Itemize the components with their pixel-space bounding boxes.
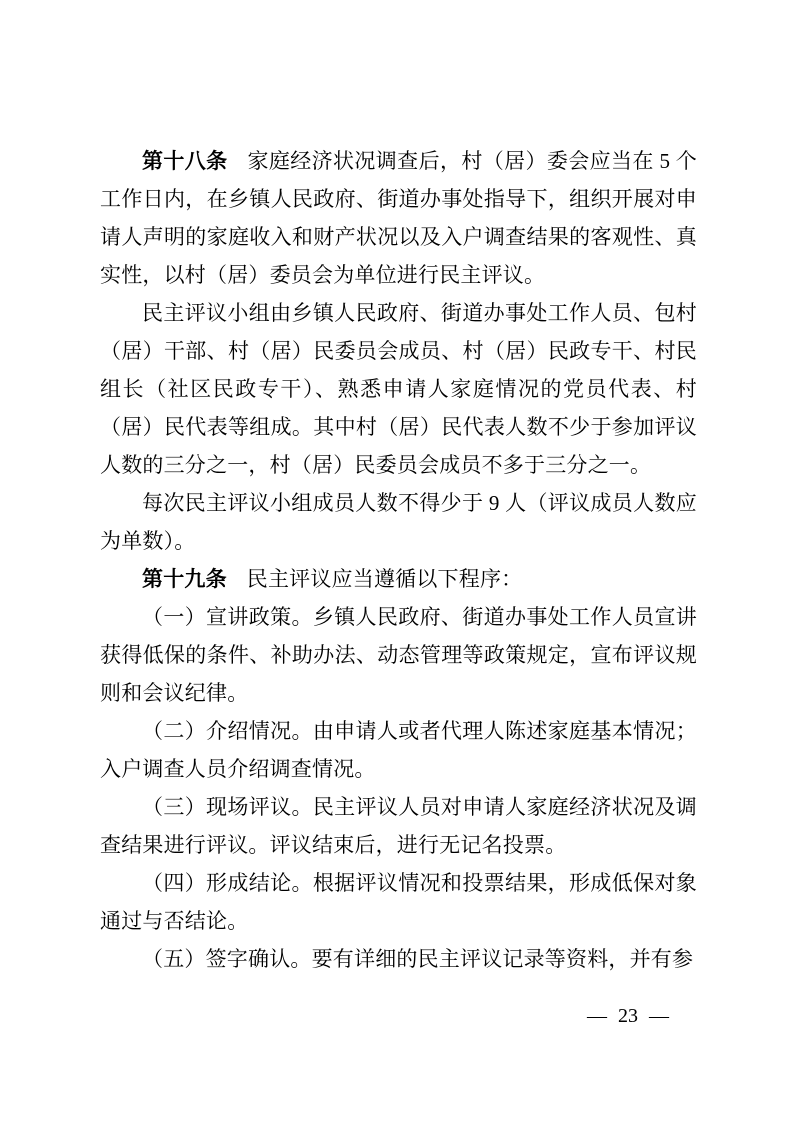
procedure-item-1-text: （一）宣讲政策。乡镇人民政府、街道办事处工作人员宣讲获得低保的条件、补助办法、动… [100,605,697,705]
procedure-item-5-text: （五）签字确认。要有详细的民主评议记录等资料，并有参 [142,947,693,971]
footer-dash-left: — [587,1001,607,1031]
footer-dash-right: — [649,1001,669,1031]
article-18-paragraph: 第十八条家庭经济状况调查后，村（居）委会应当在 5 个工作日内，在乡镇人民政府、… [100,142,697,294]
document-body: 第十八条家庭经济状况调查后，村（居）委会应当在 5 个工作日内，在乡镇人民政府、… [100,142,697,978]
evaluation-group-text: 民主评议小组由乡镇人民政府、街道办事处工作人员、包村（居）干部、村（居）民委员会… [100,301,697,477]
procedure-item-5: （五）签字确认。要有详细的民主评议记录等资料，并有参 [100,940,697,978]
article-19-number: 第十九条 [142,567,227,591]
members-count-text: 每次民主评议小组成员人数不得少于 9 人（评议成员人数应为单数）。 [100,491,697,553]
procedure-item-4: （四）形成结论。根据评议情况和投票结果，形成低保对象通过与否结论。 [100,864,697,940]
article-18-number: 第十八条 [142,149,228,173]
procedure-item-1: （一）宣讲政策。乡镇人民政府、街道办事处工作人员宣讲获得低保的条件、补助办法、动… [100,598,697,712]
procedure-item-4-text: （四）形成结论。根据评议情况和投票结果，形成低保对象通过与否结论。 [100,871,697,933]
procedure-item-3: （三）现场评议。民主评议人员对申请人家庭经济状况及调查结果进行评议。评议结束后，… [100,788,697,864]
footer-page-number: 23 [618,1001,638,1031]
document-page: 第十八条家庭经济状况调查后，村（居）委会应当在 5 个工作日内，在乡镇人民政府、… [0,0,793,1122]
page-number-footer: — 23 — [587,1001,669,1031]
article-19-paragraph: 第十九条民主评议应当遵循以下程序： [100,560,697,598]
procedure-item-2: （二）介绍情况。由申请人或者代理人陈述家庭基本情况；入户调查人员介绍调查情况。 [100,712,697,788]
members-count-paragraph: 每次民主评议小组成员人数不得少于 9 人（评议成员人数应为单数）。 [100,484,697,560]
procedure-item-2-text: （二）介绍情况。由申请人或者代理人陈述家庭基本情况；入户调查人员介绍调查情况。 [100,719,697,781]
evaluation-group-paragraph: 民主评议小组由乡镇人民政府、街道办事处工作人员、包村（居）干部、村（居）民委员会… [100,294,697,484]
article-19-text: 民主评议应当遵循以下程序： [247,567,523,591]
procedure-item-3-text: （三）现场评议。民主评议人员对申请人家庭经济状况及调查结果进行评议。评议结束后，… [100,795,697,857]
